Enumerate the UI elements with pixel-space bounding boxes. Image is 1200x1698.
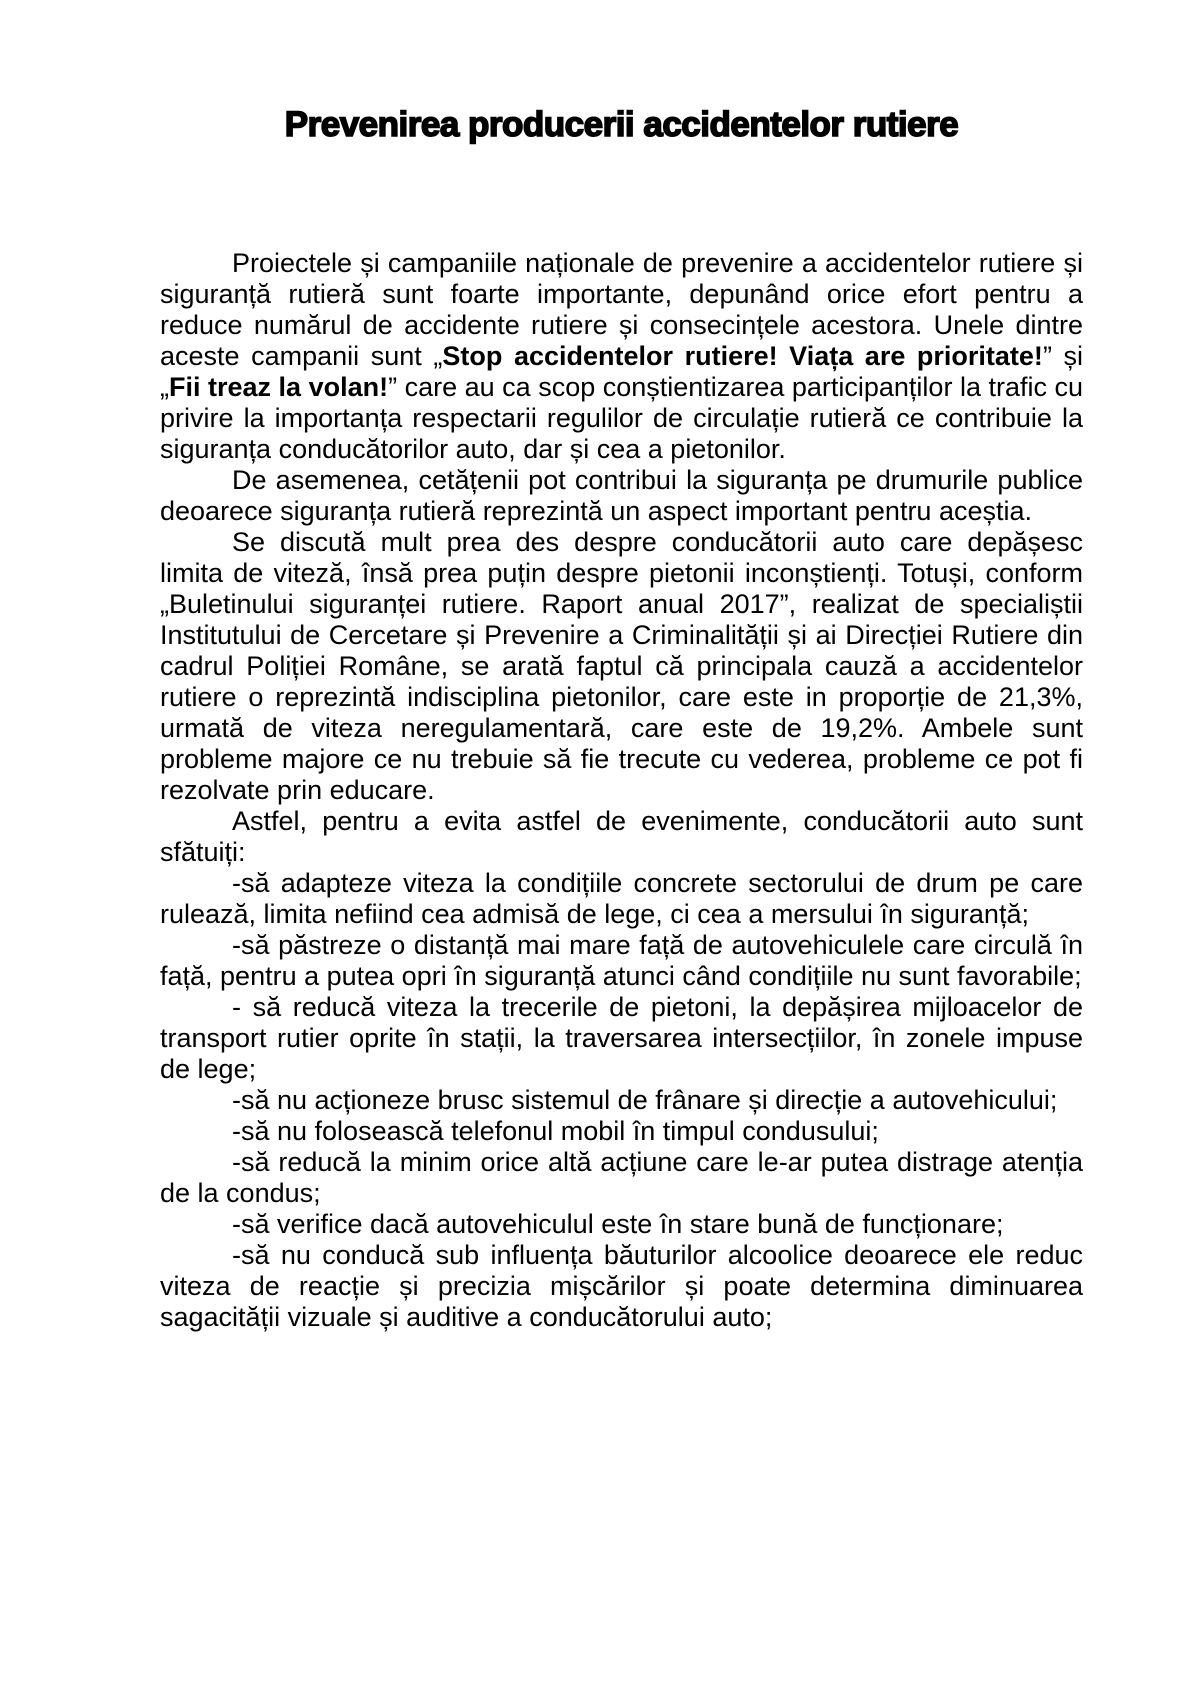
paragraph-6: -să păstreze o distanță mai mare față de… bbox=[160, 930, 1083, 992]
text-run: -să reducă la minim orice altă acțiune c… bbox=[160, 1147, 1083, 1208]
paragraph-5: -să adapteze viteza la condițiile concre… bbox=[160, 868, 1083, 930]
paragraph-7: - să reducă viteza la trecerile de pieto… bbox=[160, 992, 1083, 1085]
paragraph-4: Astfel, pentru a evita astfel de evenime… bbox=[160, 806, 1083, 868]
document-page: Prevenirea producerii accidentelor rutie… bbox=[0, 0, 1200, 1698]
document-title: Prevenirea producerii accidentelor rutie… bbox=[160, 106, 1083, 145]
text-run: -să nu conducă sub influența băuturilor … bbox=[160, 1240, 1083, 1332]
text-run: - să reducă viteza la trecerile de pieto… bbox=[160, 992, 1083, 1084]
paragraph-11: -să verifice dacă autovehiculul este în … bbox=[160, 1209, 1083, 1240]
text-run: De asemenea, cetățenii pot contribui la … bbox=[160, 465, 1083, 526]
bold-text-run: Fii treaz la volan! bbox=[169, 372, 388, 402]
paragraph-2: De asemenea, cetățenii pot contribui la … bbox=[160, 465, 1083, 527]
bold-text-run: Stop accidentelor rutiere! Viața are pri… bbox=[442, 341, 1043, 371]
paragraph-3: Se discută mult prea des despre conducăt… bbox=[160, 527, 1083, 806]
text-run: Astfel, pentru a evita astfel de evenime… bbox=[160, 806, 1083, 867]
text-run: -să verifice dacă autovehiculul este în … bbox=[232, 1209, 1003, 1239]
paragraph-12: -să nu conducă sub influența băuturilor … bbox=[160, 1240, 1083, 1333]
paragraph-9: -să nu folosească telefonul mobil în tim… bbox=[160, 1116, 1083, 1147]
text-run: -să păstreze o distanță mai mare față de… bbox=[160, 930, 1083, 991]
text-run: -să nu acționeze brusc sistemul de frâna… bbox=[232, 1085, 1057, 1115]
paragraph-1: Proiectele și campaniile naționale de pr… bbox=[160, 248, 1083, 465]
text-run: -să adapteze viteza la condițiile concre… bbox=[160, 868, 1083, 929]
paragraph-8: -să nu acționeze brusc sistemul de frâna… bbox=[160, 1085, 1083, 1116]
text-run: -să nu folosească telefonul mobil în tim… bbox=[232, 1116, 879, 1146]
text-run: Se discută mult prea des despre conducăt… bbox=[160, 527, 1083, 805]
paragraph-10: -să reducă la minim orice altă acțiune c… bbox=[160, 1147, 1083, 1209]
document-body: Proiectele și campaniile naționale de pr… bbox=[160, 248, 1083, 1333]
